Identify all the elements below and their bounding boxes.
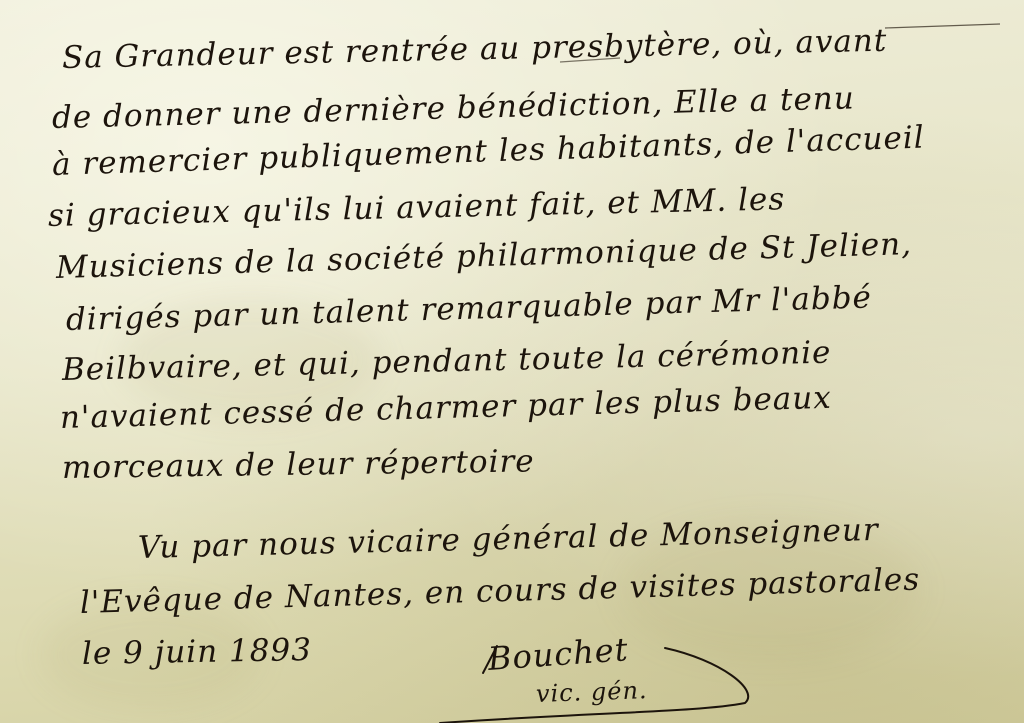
body-line-1: Sa Grandeur est rentrée au presbytère, o… xyxy=(62,23,888,76)
body-line-6: dirigés par un talent remarquable par Mr… xyxy=(65,279,872,337)
date-line: le 9 juin 1893 xyxy=(82,632,312,672)
body-line-9: morceaux de leur répertoire xyxy=(62,443,535,486)
body-line-5: Musiciens de la société philarmonique de… xyxy=(55,226,912,286)
signature-title: vic. gén. xyxy=(536,676,649,708)
body-line-4: si gracieux qu'ils lui avaient fait, et … xyxy=(48,181,786,234)
signature-name: Bouchet xyxy=(487,630,630,678)
manuscript-page: Sa Grandeur est rentrée au presbytère, o… xyxy=(0,0,1024,723)
